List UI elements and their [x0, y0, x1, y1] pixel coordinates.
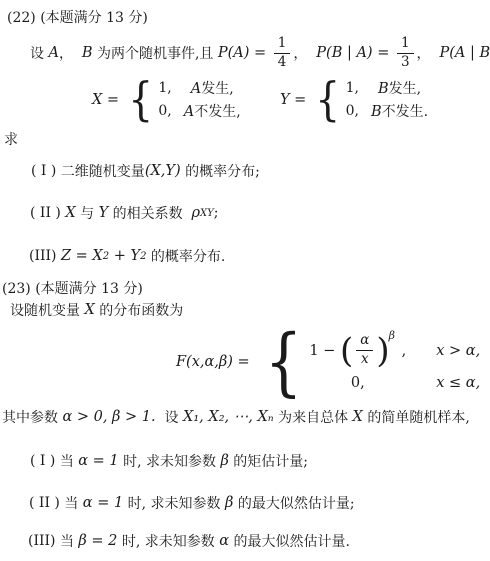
q23-item-2: ( II ) 当 α = 1 时, 求未知参数 β 的最大似然估计量; [29, 493, 355, 513]
var-alpha: α [219, 533, 229, 549]
var-A: A [191, 81, 201, 97]
item-number: ( I ) [31, 163, 61, 179]
math-expression: + Y [109, 248, 140, 264]
left-curly-brace: { [128, 78, 153, 122]
q22-item-3: (III) Z = X2 + Y2 的概率分布. [29, 246, 225, 266]
left-curly-brace: { [265, 329, 303, 396]
alpha-equals-one: α = 1 [78, 453, 118, 469]
q23-formula: F(x,α,β) = { 1 − ( αx ) β , x > α, 0, x … [176, 322, 480, 402]
q22-case-y: Y = { 1, B发生, 0, B不发生. [280, 78, 428, 122]
var-X: X [84, 302, 94, 318]
rho-subscript: XY [200, 208, 214, 219]
case-condition: A不发生, [184, 101, 241, 121]
q22-item-2: ( II ) X 与 Y 的相关系数 ρXY; [30, 203, 219, 223]
prob-B-given-A-label: P(B | A) = [316, 45, 394, 61]
var-A: A [48, 45, 58, 61]
item-number: ( II ) [29, 495, 64, 511]
item-number: ( I ) [30, 453, 60, 469]
item-text: 当 [60, 531, 78, 551]
item-number: (III) [28, 533, 60, 549]
left-paren: ( [340, 334, 353, 368]
fraction-alpha-over-x: αx [356, 333, 373, 367]
tail-text: 其中参数 [2, 407, 62, 427]
q22-header: (22) (本题满分 13 分) [7, 7, 148, 27]
item-text: 当 [64, 493, 82, 513]
item-number: (III) [29, 248, 61, 264]
var-B: B [82, 45, 93, 61]
comma: , [397, 343, 406, 359]
case-condition: x > α, [436, 343, 480, 359]
prob-A-given-B-label: P(A | B) = [439, 45, 490, 61]
item-text: 的相关系数 [108, 203, 191, 223]
separator: ， [417, 43, 440, 63]
fraction-one-fourth: 14 [274, 36, 291, 70]
case-value-zero: 0, [351, 375, 365, 391]
var-B: B [371, 104, 382, 120]
param-constraints: α > 0, β > 1. [62, 409, 155, 425]
item-text: ; [214, 205, 219, 221]
prob-A-label: P(A) = [218, 45, 271, 61]
var-beta: β [220, 453, 228, 469]
formula-lhs: F(x,α,β) = [176, 354, 254, 370]
left-curly-brace: { [316, 78, 341, 122]
case-x-lhs: X = [92, 92, 119, 108]
q22-item-1: ( I ) 二维随机变量(X,Y) 的概率分布; [31, 161, 260, 181]
beta-exponent: β [389, 329, 395, 342]
tail-text: 设 [156, 407, 183, 427]
item-text: 与 [76, 203, 99, 223]
condition-text: 发生, [389, 81, 421, 97]
q22-intro-text: 设 [30, 43, 48, 63]
var-X: X [65, 205, 75, 221]
case-value: 1, [158, 80, 171, 96]
case-value: 0, [346, 103, 359, 119]
formula-cases: 1 − ( αx ) β , x > α, 0, x ≤ α, [309, 333, 480, 390]
var-X: X [353, 409, 363, 425]
exam-page: { "doc": { "q22": { "header": "(22) (本题满… [0, 0, 490, 561]
q22-intro-text-2: 为两个随机事件,且 [93, 43, 218, 63]
q22-seek-label: 求 [4, 129, 18, 149]
q22-intro-line: 设 A， B 为两个随机事件,且 P(A) = 14 ， P(B | A) = … [30, 33, 490, 73]
var-Y: Y [99, 205, 109, 221]
case-condition: x ≤ α, [436, 375, 480, 391]
beta-equals-two: β = 2 [78, 533, 117, 549]
numerator: α [356, 333, 373, 351]
condition-text: 不发生. [382, 104, 428, 120]
item-text: 时, 求未知参数 [123, 493, 225, 513]
condition-text: 发生, [201, 81, 233, 97]
case-condition: B发生, [371, 78, 428, 98]
item-text: 的最大似然估计量; [233, 493, 354, 513]
item-text: 的概率分布; [181, 161, 260, 181]
item-text: 的矩估计量; [229, 451, 308, 471]
math-expression: Z = X [61, 248, 103, 264]
intro-text: 设随机变量 [10, 300, 84, 320]
numerator: 1 [397, 36, 414, 54]
case-y-lhs: Y = [280, 92, 306, 108]
case-x-rows: 1, A发生, 0, A不发生, [158, 78, 240, 121]
case-condition: A发生, [184, 78, 241, 98]
var-A: A [184, 104, 194, 120]
denominator: 4 [274, 54, 291, 71]
item-text: 二维随机变量 [61, 161, 145, 181]
right-paren: ) [376, 334, 389, 368]
math-xy-pair: (X,Y) [145, 163, 181, 179]
intro-text: 的分布函数为 [95, 300, 183, 320]
separator: ， [293, 43, 316, 63]
case-value: 0, [158, 103, 171, 119]
tail-text: 为来自总体 [274, 407, 353, 427]
one-minus: 1 − [309, 343, 340, 359]
item-text: 的最大似然估计量. [229, 531, 350, 551]
case-condition: B不发生. [371, 101, 428, 121]
case-value-expression: 1 − ( αx ) β , [309, 333, 406, 367]
item-text: 当 [60, 451, 78, 471]
case-value: 1, [346, 80, 359, 96]
item-text: 时, 求未知参数 [119, 451, 221, 471]
numerator: 1 [274, 36, 291, 54]
q23-item-1: ( I ) 当 α = 1 时, 求未知参数 β 的矩估计量; [30, 451, 308, 471]
alpha-equals-one: α = 1 [83, 495, 123, 511]
item-number: ( II ) [30, 205, 65, 221]
q23-header: (23) (本题满分 13 分) [2, 278, 143, 298]
sample-sequence: X₁, X₂, ⋯, Xₙ [183, 409, 274, 425]
item-text: 的概率分布. [146, 246, 225, 266]
comma: ， [59, 43, 82, 63]
denominator: x [357, 351, 373, 368]
fraction-one-third: 13 [397, 36, 414, 70]
q23-params-line: 其中参数 α > 0, β > 1. 设 X₁, X₂, ⋯, Xₙ 为来自总体… [2, 407, 470, 427]
q23-item-3: (III) 当 β = 2 时, 求未知参数 α 的最大似然估计量. [28, 531, 350, 551]
var-B: B [378, 81, 389, 97]
var-beta: β [225, 495, 233, 511]
denominator: 3 [397, 54, 414, 71]
condition-text: 不发生, [194, 104, 240, 120]
q22-case-x: X = { 1, A发生, 0, A不发生, [92, 78, 241, 122]
case-y-rows: 1, B发生, 0, B不发生. [346, 78, 428, 121]
tail-text: 的简单随机样本, [363, 407, 470, 427]
q23-intro-line: 设随机变量 X 的分布函数为 [10, 300, 183, 320]
rho-symbol: ρ [192, 205, 201, 221]
item-text: 时, 求未知参数 [117, 531, 219, 551]
